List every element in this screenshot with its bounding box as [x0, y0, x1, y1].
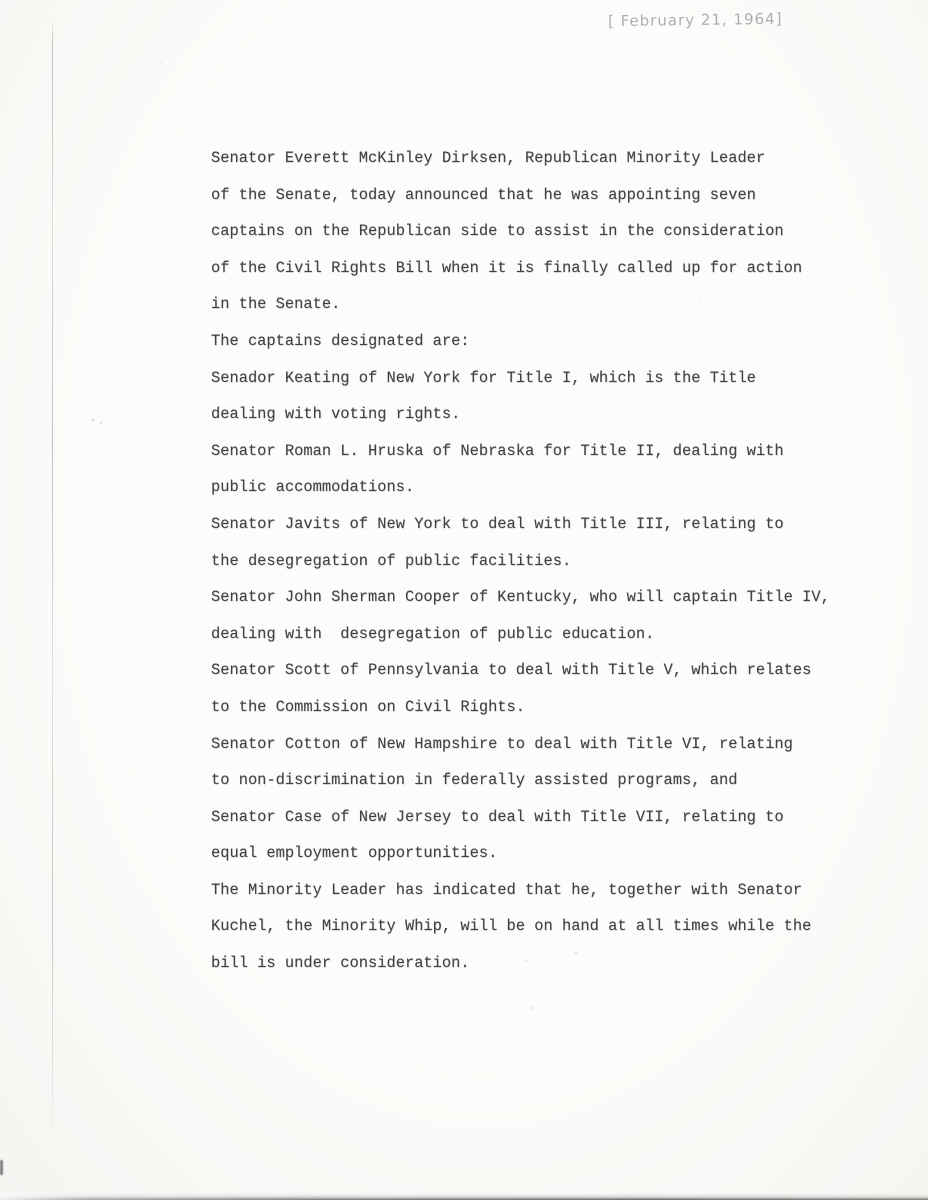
typed-line: Senator Scott of Pennsylvania to deal wi…	[211, 652, 871, 689]
typed-line: captains on the Republican side to assis…	[211, 213, 871, 250]
typed-line: of the Senate, today announced that he w…	[211, 177, 871, 214]
typed-line: to non-discrimination in federally assis…	[211, 762, 871, 799]
typed-line: The captains designated are:	[211, 323, 871, 360]
typed-line: Senator Cotton of New Hampshire to deal …	[211, 726, 871, 763]
typed-line: to the Commission on Civil Rights.	[211, 689, 871, 726]
typed-line: bill is under consideration.	[211, 945, 871, 982]
document-page: [ February 21, 1964] Senator Everett McK…	[0, 0, 928, 1200]
scan-edge-shadow	[0, 1192, 928, 1200]
paper-edge-line	[52, 20, 53, 1148]
typed-line: Senator John Sherman Cooper of Kentucky,…	[211, 579, 871, 616]
typed-line: equal employment opportunities.	[211, 835, 871, 872]
typed-line: Senador Keating of New York for Title I,…	[211, 360, 871, 397]
typed-line: in the Senate.	[211, 286, 871, 323]
typed-text: Senator Everett McKinley Dirksen, Republ…	[211, 140, 871, 982]
paper-specks	[0, 0, 2, 2]
typed-line: Senator Javits of New York to deal with …	[211, 506, 871, 543]
typed-line: dealing with desegregation of public edu…	[211, 616, 871, 653]
typed-line: dealing with voting rights.	[211, 396, 871, 433]
typed-line: of the Civil Rights Bill when it is fina…	[211, 250, 871, 287]
typed-line: Senator Roman L. Hruska of Nebraska for …	[211, 433, 871, 470]
typed-line: The Minority Leader has indicated that h…	[211, 872, 871, 909]
typed-line: public accommodations.	[211, 469, 871, 506]
scan-artifact-mark	[0, 1160, 3, 1175]
handwritten-date: [ February 21, 1964]	[608, 10, 783, 30]
typed-line: the desegregation of public facilities.	[211, 543, 871, 580]
typed-line: Kuchel, the Minority Whip, will be on ha…	[211, 908, 871, 945]
typed-line: Senator Case of New Jersey to deal with …	[211, 799, 871, 836]
typed-line: Senator Everett McKinley Dirksen, Republ…	[211, 140, 871, 177]
